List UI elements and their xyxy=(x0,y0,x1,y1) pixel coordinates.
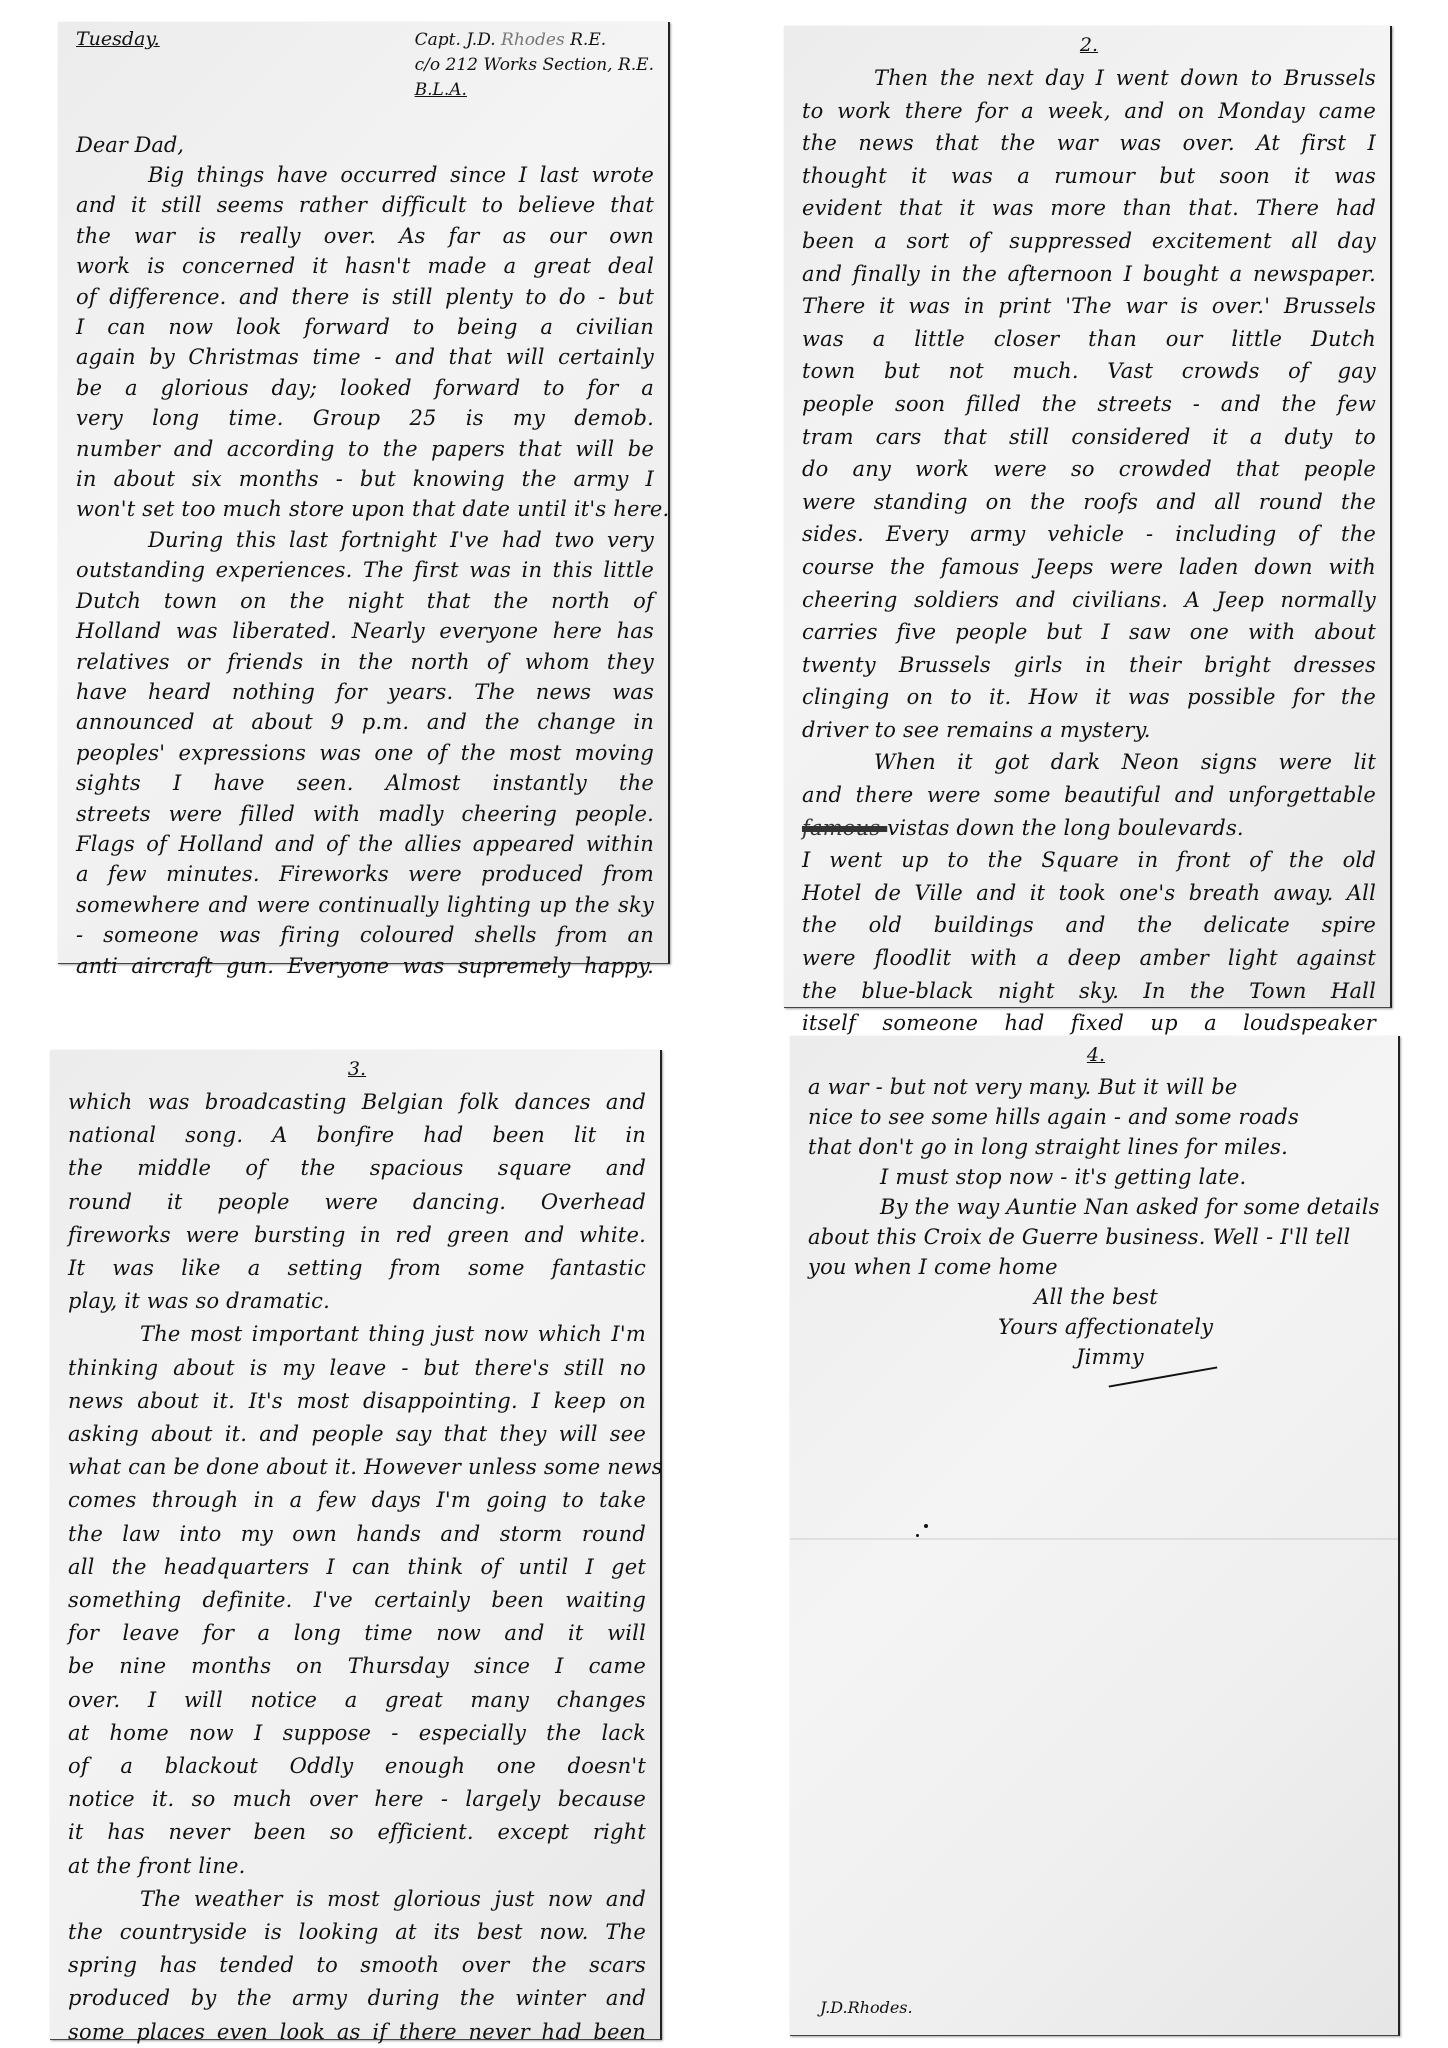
text-line: something definite. I've certainly been … xyxy=(68,1584,646,1617)
text-line: of difference. and there is still plenty… xyxy=(76,282,654,312)
text-line: the war is really over. As far as our ow… xyxy=(76,221,654,251)
letter-page-2: 2. Then the next day I went down to Brus… xyxy=(784,26,1392,1008)
text-line: won't set too much store upon that date … xyxy=(76,494,654,524)
text-line: town but not much. Vast crowds of gay xyxy=(802,355,1376,388)
letter-header: Tuesday. Capt. J.D. Rhodes R.E. c/o 212 … xyxy=(76,22,654,108)
text-line: the blue-black night sky. In the Town Ha… xyxy=(802,975,1376,1008)
text-line: thought it was a rumour but soon it was xyxy=(802,160,1376,193)
text-line: a war - but not very many. But it will b… xyxy=(808,1072,1384,1102)
text-line: clinging on to it. How it was possible f… xyxy=(802,681,1376,714)
text-line: Flags of Holland and of the allies appea… xyxy=(76,829,654,859)
text-line: people soon filled the streets - and the… xyxy=(802,388,1376,421)
text-line: national song. A bonfire had been lit in xyxy=(68,1119,646,1152)
letter-page-4: 4. a war - but not very many. But it wil… xyxy=(790,1036,1400,2036)
text-line: Hotel de Ville and it took one's breath … xyxy=(802,877,1376,910)
text-line: it has never been so efficient. except r… xyxy=(68,1816,646,1849)
text-line: been a sort of suppressed excitement all… xyxy=(802,225,1376,258)
text-line: of a blackout Oddly enough one doesn't xyxy=(68,1750,646,1783)
text-line: very long time. Group 25 is my demob. xyxy=(76,403,654,433)
text-line: tram cars that still considered it a dut… xyxy=(802,421,1376,454)
text-line: announced at about 9 p.m. and the change… xyxy=(76,707,654,737)
text-line: - someone was firing coloured shells fro… xyxy=(76,920,654,950)
text-line: notice it. so much over here - largely b… xyxy=(68,1783,646,1816)
text-line: was a little closer than our little Dutc… xyxy=(802,323,1376,356)
text-line: anti aircraft gun. Everyone was supremel… xyxy=(76,951,654,981)
text-line: at the front line. xyxy=(68,1850,646,1883)
text-line: There it was in print 'The war is over.'… xyxy=(802,290,1376,323)
text-line: for leave for a long time now and it wil… xyxy=(68,1617,646,1650)
ink-spot xyxy=(916,1534,919,1537)
text-line: sights I have seen. Almost instantly the xyxy=(76,768,654,798)
text-line: were standing on the roofs and all round… xyxy=(802,486,1376,519)
text-line: play, it was so dramatic. xyxy=(68,1285,646,1318)
text-line: streets were filled with madly cheering … xyxy=(76,799,654,829)
address-line-2: c/o 212 Works Section, R.E. xyxy=(415,53,654,78)
letter-body: Big things have occurred since I last wr… xyxy=(76,160,654,981)
letter-page-1: Tuesday. Capt. J.D. Rhodes R.E. c/o 212 … xyxy=(58,22,670,964)
text-line: twenty Brussels girls in their bright dr… xyxy=(802,649,1376,682)
text-line: be a glorious day; looked forward to for… xyxy=(76,373,654,403)
text-line: and there were some beautiful and unforg… xyxy=(802,779,1376,812)
letter-page-3: 3. which was broadcasting Belgian folk d… xyxy=(50,1050,662,2040)
text-line: the news that the war was over. At first… xyxy=(802,127,1376,160)
text-line: all the headquarters I can think of unti… xyxy=(68,1551,646,1584)
text-line: I can now look forward to being a civili… xyxy=(76,312,654,342)
text-line: course the famous Jeeps were laden down … xyxy=(802,551,1376,584)
letter-body: Then the next day I went down to Brussel… xyxy=(802,62,1376,1040)
text-line: nice to see some hills again - and some … xyxy=(808,1102,1384,1132)
text-line: over. I will notice a great many changes xyxy=(68,1684,646,1717)
text-line: evident that it was more than that. Ther… xyxy=(802,192,1376,225)
text-line: Holland was liberated. Nearly everyone h… xyxy=(76,616,654,646)
text-line: peoples' expressions was one of the most… xyxy=(76,738,654,768)
text-line: It was like a setting from some fantasti… xyxy=(68,1252,646,1285)
text-line: When it got dark Neon signs were lit xyxy=(802,746,1376,779)
paper-fold-crease xyxy=(790,1538,1398,1540)
sender-address: Capt. J.D. Rhodes R.E. c/o 212 Works Sec… xyxy=(415,28,654,103)
text-line: I went up to the Square in front of the … xyxy=(802,844,1376,877)
page-number: 4. xyxy=(808,1036,1384,1072)
text-line: and it still seems rather difficult to b… xyxy=(76,190,654,220)
text-line: the middle of the spacious square and xyxy=(68,1152,646,1185)
footer-signature: J.D.Rhodes. xyxy=(820,1998,913,2017)
text-line: The weather is most glorious just now an… xyxy=(68,1883,646,1916)
text-line: comes through in a few days I'm going to… xyxy=(68,1484,646,1517)
text-line: to work there for a week, and on Monday … xyxy=(802,95,1376,128)
text-line: round it people were dancing. Overhead xyxy=(68,1186,646,1219)
text-line: you when I come home xyxy=(808,1252,1384,1282)
text-line: Big things have occurred since I last wr… xyxy=(76,160,654,190)
address-line-1: Capt. J.D. Rhodes R.E. xyxy=(415,28,654,53)
text-line: in about six months - but knowing the ar… xyxy=(76,464,654,494)
text-line: Then the next day I went down to Brussel… xyxy=(802,62,1376,95)
text-line: asking about it. and people say that the… xyxy=(68,1418,646,1451)
letter-body: a war - but not very many. But it will b… xyxy=(808,1072,1384,1282)
text-line: outstanding experiences. The first was i… xyxy=(76,555,654,585)
text-line: carries five people but I saw one with a… xyxy=(802,616,1376,649)
text-line: what can be done about it. However unles… xyxy=(68,1451,646,1484)
text-line: I must stop now - it's getting late. xyxy=(808,1162,1384,1192)
text-line: relatives or friends in the north of who… xyxy=(76,647,654,677)
page-number: 3. xyxy=(68,1050,646,1086)
text-line: During this last fortnight I've had two … xyxy=(76,525,654,555)
text-line: number and according to the papers that … xyxy=(76,434,654,464)
closing: All the best xyxy=(808,1282,1384,1312)
text-line: itself someone had fixed up a loudspeake… xyxy=(802,1007,1376,1040)
text-line: the countryside is looking at its best n… xyxy=(68,1916,646,1949)
text-line: that don't go in long straight lines for… xyxy=(808,1132,1384,1162)
text-line: again by Christmas time - and that will … xyxy=(76,342,654,372)
text-line: and finally in the afternoon I bought a … xyxy=(802,258,1376,291)
sender-surname: Rhodes xyxy=(501,30,565,50)
crossed-out-word: famous xyxy=(802,816,887,840)
page-number: 2. xyxy=(802,26,1376,62)
text-line: which was broadcasting Belgian folk danc… xyxy=(68,1086,646,1119)
text-line: Dutch town on the night that the north o… xyxy=(76,586,654,616)
valediction: Yours affectionately xyxy=(808,1312,1384,1342)
text-line: the old buildings and the delicate spire xyxy=(802,909,1376,942)
greeting: Dear Dad, xyxy=(76,130,654,160)
address-line-3: B.L.A. xyxy=(415,78,654,103)
text-line: the law into my own hands and storm roun… xyxy=(68,1518,646,1551)
text-line: sides. Every army vehicle - including of… xyxy=(802,518,1376,551)
text-line: do any work were so crowded that people xyxy=(802,453,1376,486)
text-line: By the way Auntie Nan asked for some det… xyxy=(808,1192,1384,1222)
letter-body: which was broadcasting Belgian folk danc… xyxy=(68,1086,646,2048)
text-line: work is concerned it hasn't made a great… xyxy=(76,251,654,281)
text-line: somewhere and were continually lighting … xyxy=(76,890,654,920)
text-line: driver to see remains a mystery. xyxy=(802,714,1376,747)
text-line: be nine months on Thursday since I came xyxy=(68,1650,646,1683)
text-line: some places even look as if there never … xyxy=(68,2016,646,2048)
text-line: famous vistas down the long boulevards. xyxy=(802,812,1376,845)
text-line: have heard nothing for years. The news w… xyxy=(76,677,654,707)
text-line: The most important thing just now which … xyxy=(68,1318,646,1351)
text-line: cheering soldiers and civilians. A Jeep … xyxy=(802,584,1376,617)
text-line: about this Croix de Guerre business. Wel… xyxy=(808,1222,1384,1252)
text-line: thinking about is my leave - but there's… xyxy=(68,1352,646,1385)
text-line: produced by the army during the winter a… xyxy=(68,1982,646,2015)
text-line: at home now I suppose - especially the l… xyxy=(68,1717,646,1750)
signature: Jimmy xyxy=(808,1342,1384,1372)
text-line: were floodlit with a deep amber light ag… xyxy=(802,942,1376,975)
text-line: a few minutes. Fireworks were produced f… xyxy=(76,859,654,889)
day-of-week: Tuesday. xyxy=(76,28,160,50)
text-line: news about it. It's most disappointing. … xyxy=(68,1385,646,1418)
ink-spot xyxy=(924,1524,928,1528)
text-line: spring has tended to smooth over the sca… xyxy=(68,1949,646,1982)
text-line: fireworks were bursting in red green and… xyxy=(68,1219,646,1252)
